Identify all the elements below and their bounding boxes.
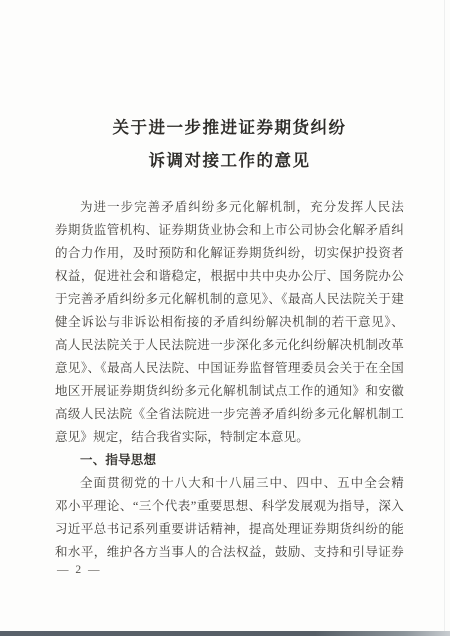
body-line: 意见》规定，结合我省实际，特制定本意见。 [55, 426, 404, 449]
document-page: 关于进一步推进证券期货纠纷 诉调对接工作的意见 为进一步完善矛盾纠纷多元化解机制… [0, 0, 450, 636]
body-line: 高级人民法院《全省法院进一步完善矛盾纠纷多元化解机制工作 [55, 403, 404, 426]
body-line: 高人民法院关于人民法院进一步深化多元化纠纷解决机制改革的 [55, 334, 404, 357]
body-line: 健全诉讼与非诉讼相衔接的矛盾纠纷解决机制的若干意见》、《最 [55, 311, 404, 334]
document-title-line-1: 关于进一步推进证券期货纠纷 [55, 111, 404, 144]
body-line: 权益，促进社会和谐稳定，根据中共中央办公厅、国务院办公厅《关 [55, 265, 404, 288]
document-title-line-2: 诉调对接工作的意见 [55, 144, 404, 177]
document-title: 关于进一步推进证券期货纠纷 诉调对接工作的意见 [55, 111, 404, 177]
body-line: 地区开展证券期货纠纷多元化解机制试点工作的通知》和安徽省 [55, 380, 404, 403]
page-number: — 2 — [57, 562, 102, 578]
body-line: 的合力作用，及时预防和化解证券期货纠纷，切实保护投资者合法 [55, 242, 404, 265]
body-line: 全面贯彻党的十八大和十八届三中、四中、五中全会精神，以 [55, 472, 404, 495]
scan-edge [0, 631, 450, 636]
document-body: 为进一步完善矛盾纠纷多元化解机制，充分发挥人民法院、证 券期货监管机构、证券期货… [55, 196, 404, 564]
section-heading: 一、指导思想 [55, 449, 404, 472]
body-line: 习近平总书记系列重要讲话精神，提高处理证券期货纠纷的能力 [55, 518, 404, 541]
page-edge-line [444, 0, 445, 636]
body-line: 券期货监管机构、证券期货业协会和上市公司协会化解矛盾纠纷 [55, 219, 404, 242]
body-line: 邓小平理论、“三个代表”重要思想、科学发展观为指导，深入贯彻 [55, 495, 404, 518]
body-line: 于完善矛盾纠纷多元化解机制的意见》、《最高人民法院关于建立 [55, 288, 404, 311]
body-line: 为进一步完善矛盾纠纷多元化解机制，充分发挥人民法院、证 [55, 196, 404, 219]
body-line: 意见》、《最高人民法院、中国证券监督管理委员会关于在全国部分 [55, 357, 404, 380]
body-line: 和水平，维护各方当事人的合法权益，鼓励、支持和引导证券期货 [55, 541, 404, 564]
